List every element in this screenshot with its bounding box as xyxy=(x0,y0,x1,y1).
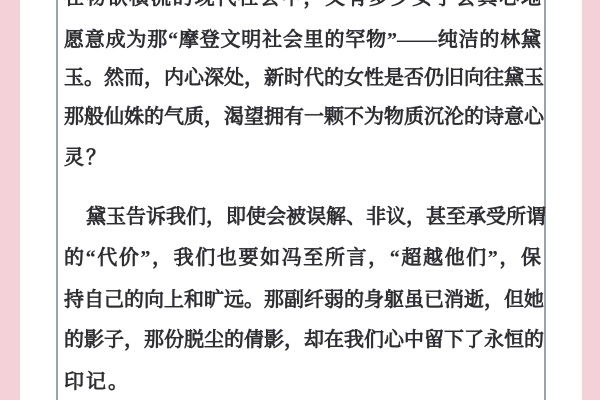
text-line-6-paragraph-start: 黛玉告诉我们，即使会被误解、非议，甚至承受所谓 xyxy=(64,205,541,229)
text-line-2: 愿意成为那“摩登文明社会里的罕物”——纯洁的林黛 xyxy=(64,28,541,52)
text-line-9: 的影子，那份脱尘的倩影，却在我们心中留下了永恒的 xyxy=(64,328,541,352)
text-line-4: 那般仙姝的气质，渴望拥有一颗不为物质沉沦的诗意心 xyxy=(64,105,541,129)
essay-page: 在物欲横流的现代社会中，又有多少女子会真心地 愿意成为那“摩登文明社会里的罕物”… xyxy=(0,0,600,400)
right-page-rule xyxy=(544,0,546,400)
left-pink-margin-band xyxy=(0,0,20,400)
essay-text-column: 在物欲横流的现代社会中，又有多少女子会真心地 愿意成为那“摩登文明社会里的罕物”… xyxy=(64,0,541,400)
text-line-5-paragraph-end: 灵？ xyxy=(64,146,541,170)
right-pink-margin-band xyxy=(582,0,600,400)
text-line-clipped-top: 在物欲横流的现代社会中，又有多少女子会真心地 xyxy=(64,0,541,10)
text-line-7: 的“代价”，我们也要如冯至所言，“超越他们”，保 xyxy=(64,246,541,270)
left-page-rule xyxy=(56,0,58,400)
text-line-10-paragraph-end: 印记。 xyxy=(64,370,541,394)
text-line-8: 持自己的向上和旷远。那副纤弱的身躯虽已消逝，但她 xyxy=(64,288,541,312)
text-line-3: 玉。然而，内心深处，新时代的女性是否仍旧向往黛玉 xyxy=(64,66,541,90)
